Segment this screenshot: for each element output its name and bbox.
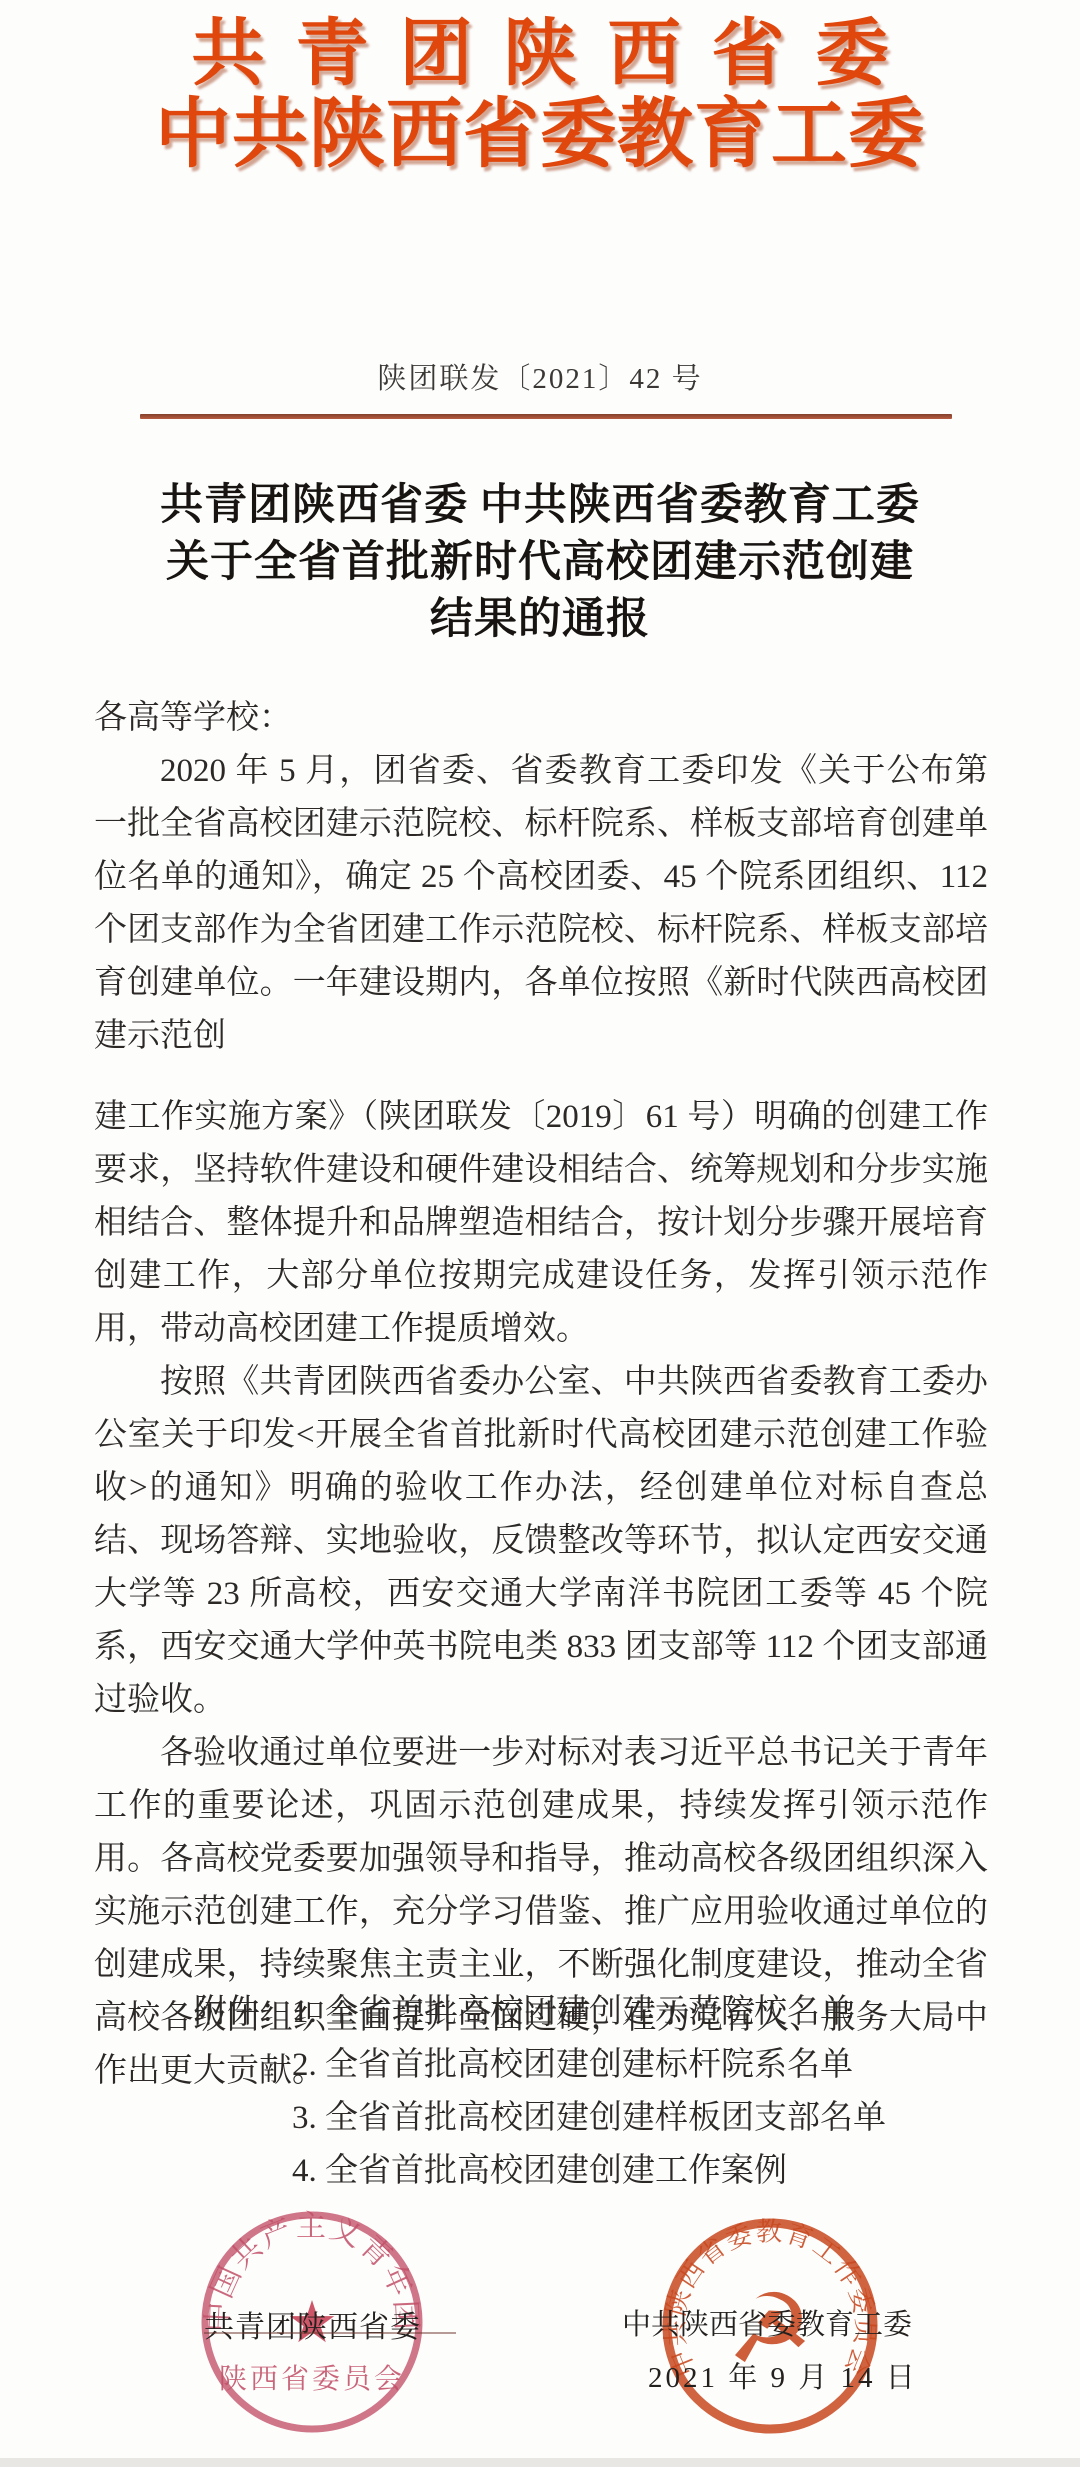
attachment-item: 2. 全省首批高校团建创建标杆院系名单: [292, 2039, 992, 2092]
title-line-1: 共青团陕西省委 中共陕西省委教育工委: [0, 477, 1080, 534]
attachment-item: 3. 全省首批高校团建创建样板团支部名单: [292, 2092, 992, 2145]
attachments-label: 附件：: [194, 1986, 293, 2039]
official-document-page: 共青团陕西省委 中共陕西省委教育工委 陕团联发〔2021〕42 号 共青团陕西省…: [0, 0, 1080, 2467]
seal-inner-text: 陕西省委员会: [219, 2363, 405, 2395]
paragraph-1b: 建工作实施方案》（陕团联发〔2019〕61 号）明确的创建工作要求，坚持软件建设…: [94, 1091, 988, 1356]
scan-crease-line: [204, 2332, 456, 2334]
paragraph-2: 按照《共青团陕西省委办公室、中共陕西省委教育工委办公室关于印发<开展全省首批新时…: [94, 1356, 988, 1727]
title-line-3: 结果的通报: [0, 591, 1080, 648]
paragraph-1a: 2020 年 5 月，团省委、省委教育工委印发《关于公布第一批全省高校团建示范院…: [94, 745, 988, 1063]
scan-gap: [94, 1063, 988, 1091]
signature-left: 共青团陕西省委: [204, 2302, 421, 2346]
scan-edge-strip: [0, 2458, 1080, 2467]
signature-date: 2021 年 9 月 14 日: [648, 2355, 918, 2396]
salutation: 各高等学校：: [94, 692, 988, 745]
document-body: 各高等学校： 2020 年 5 月，团省委、省委教育工委印发《关于公布第一批全省…: [94, 692, 988, 2098]
signature-right: 中共陕西省委教育工委: [622, 2302, 912, 2343]
attachments-list: 附件： 1. 全省首批高校团建创建示范院校名单 2. 全省首批高校团建创建标杆院…: [194, 1986, 992, 2198]
title-line-2: 关于全省首批新时代高校团建示范创建: [0, 534, 1080, 591]
document-title: 共青团陕西省委 中共陕西省委教育工委 关于全省首批新时代高校团建示范创建 结果的…: [0, 477, 1080, 648]
attachment-item: 1. 全省首批高校团建创建示范院校名单: [292, 1986, 992, 2039]
letterhead-line-1: 共青团陕西省委: [0, 14, 1080, 94]
attachment-item: 4. 全省首批高校团建创建工作案例: [292, 2145, 992, 2198]
red-divider-rule: [140, 414, 952, 419]
letterhead-line-2: 中共陕西省委教育工委: [0, 94, 1080, 176]
document-number: 陕团联发〔2021〕42 号: [0, 356, 1080, 397]
letterhead: 共青团陕西省委 中共陕西省委教育工委: [0, 14, 1080, 176]
